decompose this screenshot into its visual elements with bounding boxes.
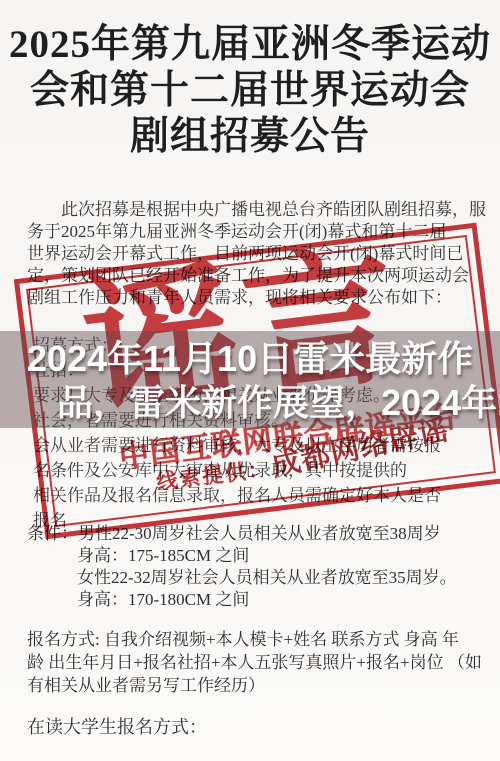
signup-line: 报名方式: 自我介绍视频+本人模卡+姓名 联系方式 身高 年 bbox=[27, 628, 482, 651]
caption-line: 品，雷米新作展望，2024年1 bbox=[0, 381, 500, 425]
title-line: 剧组招募公告 bbox=[0, 114, 500, 160]
signup-line: 有相关从业者需另写工作经历） bbox=[27, 674, 482, 697]
caption-line: 2024年11月10日雷米最新作 bbox=[0, 337, 500, 381]
conditions-section: 条件：男性22-30周岁社会人员相关从业者放宽至38周岁 身高：175-185C… bbox=[27, 523, 457, 611]
announcement-title: 2025年第九届亚洲冬季运动 会和第十二届世界运动会 剧组招募公告 bbox=[0, 22, 500, 160]
signup-line: 龄 出生年月日+报名社招+本人五张写真照片+报名+岗位 （如 bbox=[27, 651, 482, 674]
intro-line: 此次招募是根据中央广播电视总台齐皓团队剧组招募，服 bbox=[27, 199, 486, 221]
title-line: 会和第十二届世界运动会 bbox=[0, 68, 500, 114]
student-signup-heading: 在读大学生报名方式： bbox=[27, 713, 207, 739]
condition-line: 身高：175-185CM 之间 bbox=[27, 545, 457, 567]
condition-line: 身高：170-180CM 之间 bbox=[27, 589, 457, 611]
signup-method-section: 报名方式: 自我介绍视频+本人模卡+姓名 联系方式 身高 年 龄 出生年月日+报… bbox=[27, 628, 482, 697]
condition-line: 女性22-32周岁社会人员相关从业者放宽至35周岁。 bbox=[27, 567, 457, 589]
caption-text: 2024年11月10日雷米最新作 品，雷米新作展望，2024年1 bbox=[0, 337, 500, 425]
document-photo: 2025年第九届亚洲冬季运动 会和第十二届世界运动会 剧组招募公告 此次招募是根… bbox=[0, 0, 500, 761]
title-line: 2025年第九届亚洲冬季运动 bbox=[0, 22, 500, 68]
